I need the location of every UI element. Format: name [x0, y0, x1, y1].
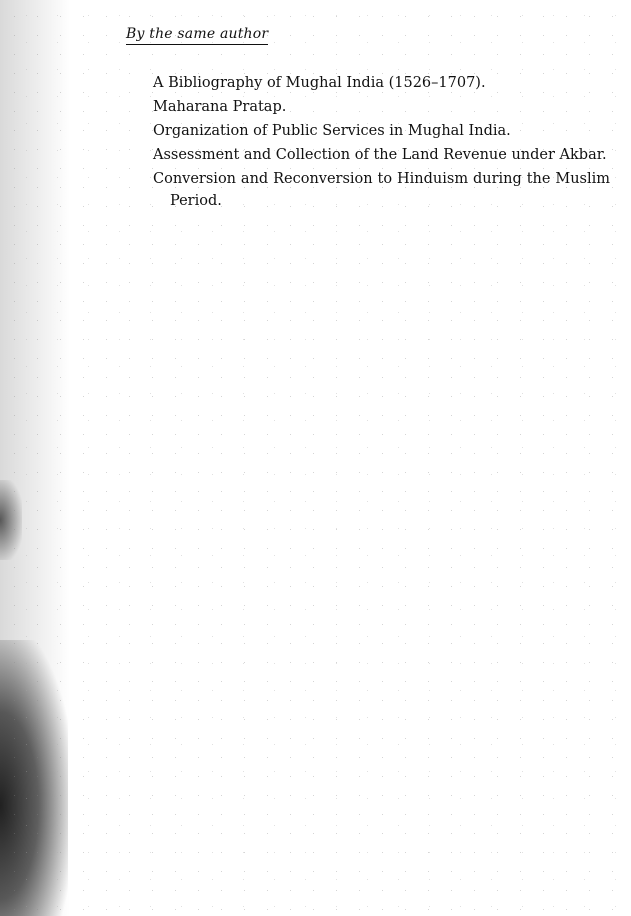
- page-gutter-shadow: [0, 0, 70, 916]
- page-gutter-shadow-mid: [0, 480, 22, 560]
- book-item: A Bibliography of Mughal India (1526–170…: [153, 72, 610, 94]
- book-list: A Bibliography of Mughal India (1526–170…: [153, 72, 610, 214]
- page-gutter-shadow-dark: [0, 640, 68, 916]
- section-heading: By the same author: [126, 26, 268, 45]
- book-item: Organization of Public Services in Mugha…: [153, 120, 610, 142]
- book-item: Maharana Pratap.: [153, 96, 610, 118]
- scanned-page: By the same author A Bibliography of Mug…: [0, 0, 631, 916]
- book-item: Assessment and Collection of the Land Re…: [153, 144, 610, 166]
- book-item: Conversion and Reconversion to Hinduism …: [153, 168, 610, 212]
